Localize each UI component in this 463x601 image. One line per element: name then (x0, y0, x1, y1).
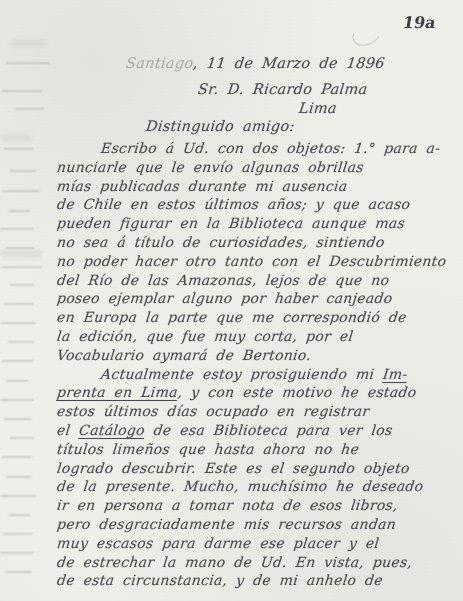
text-segment: estos últimos días ocupado en registrar (56, 404, 370, 420)
text-segment: poseo ejemplar alguno por haber canjeado (56, 291, 393, 307)
text-segment: ir en persona a tomar nota de esos libro… (56, 498, 399, 514)
text-segment: Vocabulario aymará de Bertonio. (56, 348, 312, 364)
letter-line: Actualmente estoy prosiguiendo mi Im- (57, 366, 455, 385)
text-segment: de estrechar la mano de Ud. En vista, pu… (56, 555, 413, 571)
text-segment: mías publicadas durante mi ausencia (56, 179, 348, 195)
letter-line: el Catálogo de esa Biblioteca para ver l… (57, 422, 455, 441)
bleedthrough-dash (4, 148, 34, 150)
bleedthrough-dash (2, 360, 34, 362)
salutation-text: Distinguido amigo: (145, 119, 296, 135)
addressee-line: Sr. D. Ricardo Palma (198, 82, 367, 98)
text-segment: títulos limeños que hasta ahora no he (56, 442, 360, 458)
bleedthrough-dash (14, 108, 44, 110)
letter-line: pero desgraciadamente mis recursos andan (57, 516, 455, 535)
letter-line-text: pueden figurar en la Biblioteca aunque m… (56, 215, 406, 234)
letter-line: ir en persona a tomar nota de esos libro… (57, 497, 455, 516)
text-segment: logrado descubrir. Este es el segundo ob… (56, 461, 411, 477)
bleedthrough-dash (10, 284, 34, 286)
letter-line: no poder hacer otro tanto con el Descubr… (57, 253, 455, 272)
letter-line-text: Actualmente estoy prosiguiendo mi Im- (100, 366, 409, 385)
letter-line: la edición, que fue muy corta, por el (57, 328, 455, 347)
letter-line-text: no poder hacer otro tanto con el Descubr… (56, 253, 448, 272)
bleedthrough-dash (0, 228, 34, 230)
text-segment: Actualmente estoy prosiguiendo mi (100, 367, 384, 383)
date-line: Santiago, 11 de Marzo de 1896 (126, 56, 385, 72)
bleedthrough-dash (8, 514, 30, 516)
letter-line: en Europa la parte que me correspondió d… (57, 309, 455, 328)
place-name: Santiago (125, 56, 194, 72)
letter-line-text: en Europa la parte que me correspondió d… (56, 309, 408, 328)
bleedthrough-dash (0, 399, 34, 401)
letter-line: nunciarle que le envío algunas obrillas (57, 159, 455, 178)
bleedthrough-dash (2, 90, 42, 92)
letter-line-text: de esta circunstancia, y de mi anhelo de (56, 572, 384, 591)
bleedthrough-smudge (2, 135, 32, 141)
text-segment: nunciarle que le envío algunas obrillas (56, 160, 365, 176)
bleedthrough-dash (10, 170, 36, 172)
letter-line: Vocabulario aymará de Bertonio. (57, 347, 455, 366)
text-segment: de esa Biblioteca para ver los (144, 423, 394, 439)
text-segment: de la presente. Mucho, muchísimo he dese… (56, 479, 424, 495)
bleedthrough-dash (8, 341, 34, 343)
letter-line: pueden figurar en la Biblioteca aunque m… (57, 215, 455, 234)
bleedthrough-dash (6, 571, 32, 573)
text-segment: de esta circunstancia, y de mi anhelo de (56, 573, 384, 589)
letter-line: logrado descubrir. Este es el segundo ob… (57, 460, 455, 479)
letter-line: no sea á título de curiosidades, sintien… (57, 234, 455, 253)
letter-line-text: de la presente. Mucho, muchísimo he dese… (56, 478, 425, 497)
text-segment: del Río de las Amazonas, lejos de que no (56, 273, 390, 289)
letter-line: de Chile en estos últimos años; y que ac… (57, 196, 455, 215)
bleedthrough-dash (0, 322, 36, 324)
letter-line: de esta circunstancia, y de mi anhelo de (57, 572, 455, 591)
letter-line-text: la edición, que fue muy corta, por el (56, 328, 355, 347)
text-segment: Escribo á Ud. con dos objetos: 1.° para … (100, 141, 441, 157)
letter-line: muy escasos para darme ese placer y el (57, 535, 455, 554)
letter-line-text: Escribo á Ud. con dos objetos: 1.° para … (100, 140, 441, 159)
addressee-text: Sr. D. Ricardo Palma (197, 82, 368, 98)
letter-line-text: poseo ejemplar alguno por haber canjeado (56, 290, 394, 309)
text-segment: , y con este motivo he estado (177, 385, 418, 401)
letter-line-text: no sea á título de curiosidades, sintien… (56, 234, 386, 253)
letter-line-text: ir en persona a tomar nota de esos libro… (56, 497, 399, 516)
letter-line-text: muy escasos para darme ese placer y el (56, 535, 380, 554)
bleedthrough-dash (6, 247, 34, 249)
letter-line: poseo ejemplar alguno por haber canjeado (57, 290, 455, 309)
letter-line: mías publicadas durante mi ausencia (57, 178, 455, 197)
letter-line-text: del Río de las Amazonas, lejos de que no (56, 272, 391, 291)
text-segment: pueden figurar en la Biblioteca aunque m… (56, 216, 406, 232)
underlined-title: prenta en Lima (56, 385, 179, 401)
bleedthrough-smudge (0, 250, 42, 258)
underlined-title: Catálogo (78, 423, 146, 439)
bleedthrough-dash (4, 303, 34, 305)
letter-line: estos últimos días ocupado en registrar (57, 403, 455, 422)
city-text: Lima (298, 101, 338, 117)
letter-line: del Río de las Amazonas, lejos de que no (57, 272, 455, 291)
letter-line-text: logrado descubrir. Este es el segundo ob… (56, 460, 411, 479)
text-segment: de Chile en estos últimos años; y que ac… (56, 197, 411, 213)
letter-line-text: de Chile en estos últimos años; y que ac… (56, 196, 412, 215)
text-segment: no sea á título de curiosidades, sintien… (56, 235, 386, 251)
date-text: , 11 de Marzo de 1896 (192, 56, 386, 72)
bleedthrough-smudge (10, 40, 46, 47)
bleedthrough-dash (4, 418, 32, 420)
bleedthrough-dash (8, 210, 30, 212)
letter-line: títulos limeños que hasta ahora no he (57, 441, 455, 460)
letter-line: de estrechar la mano de Ud. En vista, pu… (57, 554, 455, 573)
bleedthrough-dash (2, 456, 32, 458)
letter-line: prenta en Lima, y con este motivo he est… (57, 384, 455, 403)
letter-line-text: de estrechar la mano de Ud. En vista, pu… (56, 554, 414, 573)
salutation: Distinguido amigo: (146, 119, 295, 135)
bleedthrough-dash (6, 62, 50, 64)
bleedthrough-dash (6, 380, 28, 382)
text-segment: el (56, 423, 80, 439)
folio-number: 19a (402, 13, 438, 32)
bleedthrough-dash (0, 495, 36, 497)
letter-line-text: mías publicadas durante mi ausencia (56, 178, 349, 197)
letter-line-text: prenta en Lima, y con este motivo he est… (56, 384, 418, 403)
text-segment: pero desgraciadamente mis recursos andan (56, 517, 397, 533)
bleedthrough-dash (10, 437, 34, 439)
bleedthrough-dash (2, 266, 42, 268)
text-segment: la edición, que fue muy corta, por el (56, 329, 354, 345)
pencil-mark (349, 19, 384, 50)
bleedthrough-dash (3, 533, 33, 535)
addressee-city: Lima (299, 101, 337, 117)
text-segment: en Europa la parte que me correspondió d… (56, 310, 408, 326)
letter-line-text: títulos limeños que hasta ahora no he (56, 441, 360, 460)
bleedthrough-dash (0, 552, 34, 554)
letter-line-text: pero desgraciadamente mis recursos andan (56, 516, 397, 535)
underlined-title: Im- (382, 367, 408, 383)
letter-line-text: el Catálogo de esa Biblioteca para ver l… (56, 422, 394, 441)
text-segment: no poder hacer otro tanto con el Descubr… (56, 254, 447, 270)
text-segment: muy escasos para darme ese placer y el (56, 536, 380, 552)
letter-line-text: Vocabulario aymará de Bertonio. (56, 347, 312, 366)
letter-line: de la presente. Mucho, muchísimo he dese… (57, 478, 455, 497)
bleedthrough-dash (2, 190, 40, 192)
letter-body: Escribo á Ud. con dos objetos: 1.° para … (57, 140, 455, 591)
bleedthrough-dash (6, 476, 32, 478)
letter-line-text: estos últimos días ocupado en registrar (56, 403, 371, 422)
scanned-letter-page: 19a Santiago, 11 de Marzo de 1896 Sr. D.… (0, 0, 463, 601)
letter-line: Escribo á Ud. con dos objetos: 1.° para … (57, 140, 455, 159)
letter-line-text: nunciarle que le envío algunas obrillas (56, 159, 365, 178)
